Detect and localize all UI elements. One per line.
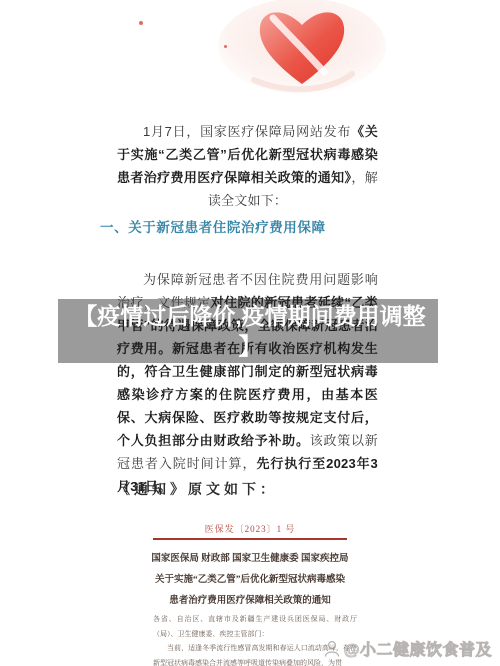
document-title-line3: 患者治疗费用医疗保障相关政策的通知 — [0, 591, 500, 612]
heart-ribbon-icon — [210, 0, 390, 96]
document-number: 医保发〔2023〕1 号 — [0, 522, 500, 535]
heart-illustration — [210, 0, 390, 96]
decorative-dot — [224, 45, 227, 48]
document-title-line1: 国家医保局 财政部 国家卫生健康委 国家疾控局 — [0, 549, 500, 570]
decorative-dot — [139, 21, 143, 25]
overlay-caption: 【疫情过后降价,疫情期间费用调整 】 — [0, 301, 500, 361]
watermark-logo-icon — [322, 639, 342, 659]
document-title-line2: 关于实施“乙类乙管”后优化新型冠状病毒感染 — [0, 570, 500, 591]
doc-intro-label: 《通知》原文如下： — [116, 479, 278, 499]
intro-pre: 1月7日，国家医疗保障局网站发布 — [143, 124, 351, 139]
article-page: 1月7日，国家医疗保障局网站发布《关于实施“乙类乙管”后优化新型冠状病毒感染患者… — [0, 0, 500, 666]
intro-paragraph: 1月7日，国家医疗保障局网站发布《关于实施“乙类乙管”后优化新型冠状病毒感染患者… — [117, 120, 378, 212]
overlay-caption-line1: 【疫情过后降价,疫情期间费用调整 — [0, 301, 500, 331]
red-divider-line — [153, 538, 347, 540]
section-heading: 一、关于新冠患者住院治疗费用保障 — [100, 216, 440, 236]
watermark: @小二健康饮食普及 — [322, 637, 492, 660]
watermark-handle: @小二健康饮食普及 — [344, 637, 492, 660]
overlay-caption-line2: 】 — [0, 331, 500, 361]
document-title: 国家医保局 财政部 国家卫生健康委 国家疾控局 关于实施“乙类乙管”后优化新型冠… — [0, 549, 500, 612]
